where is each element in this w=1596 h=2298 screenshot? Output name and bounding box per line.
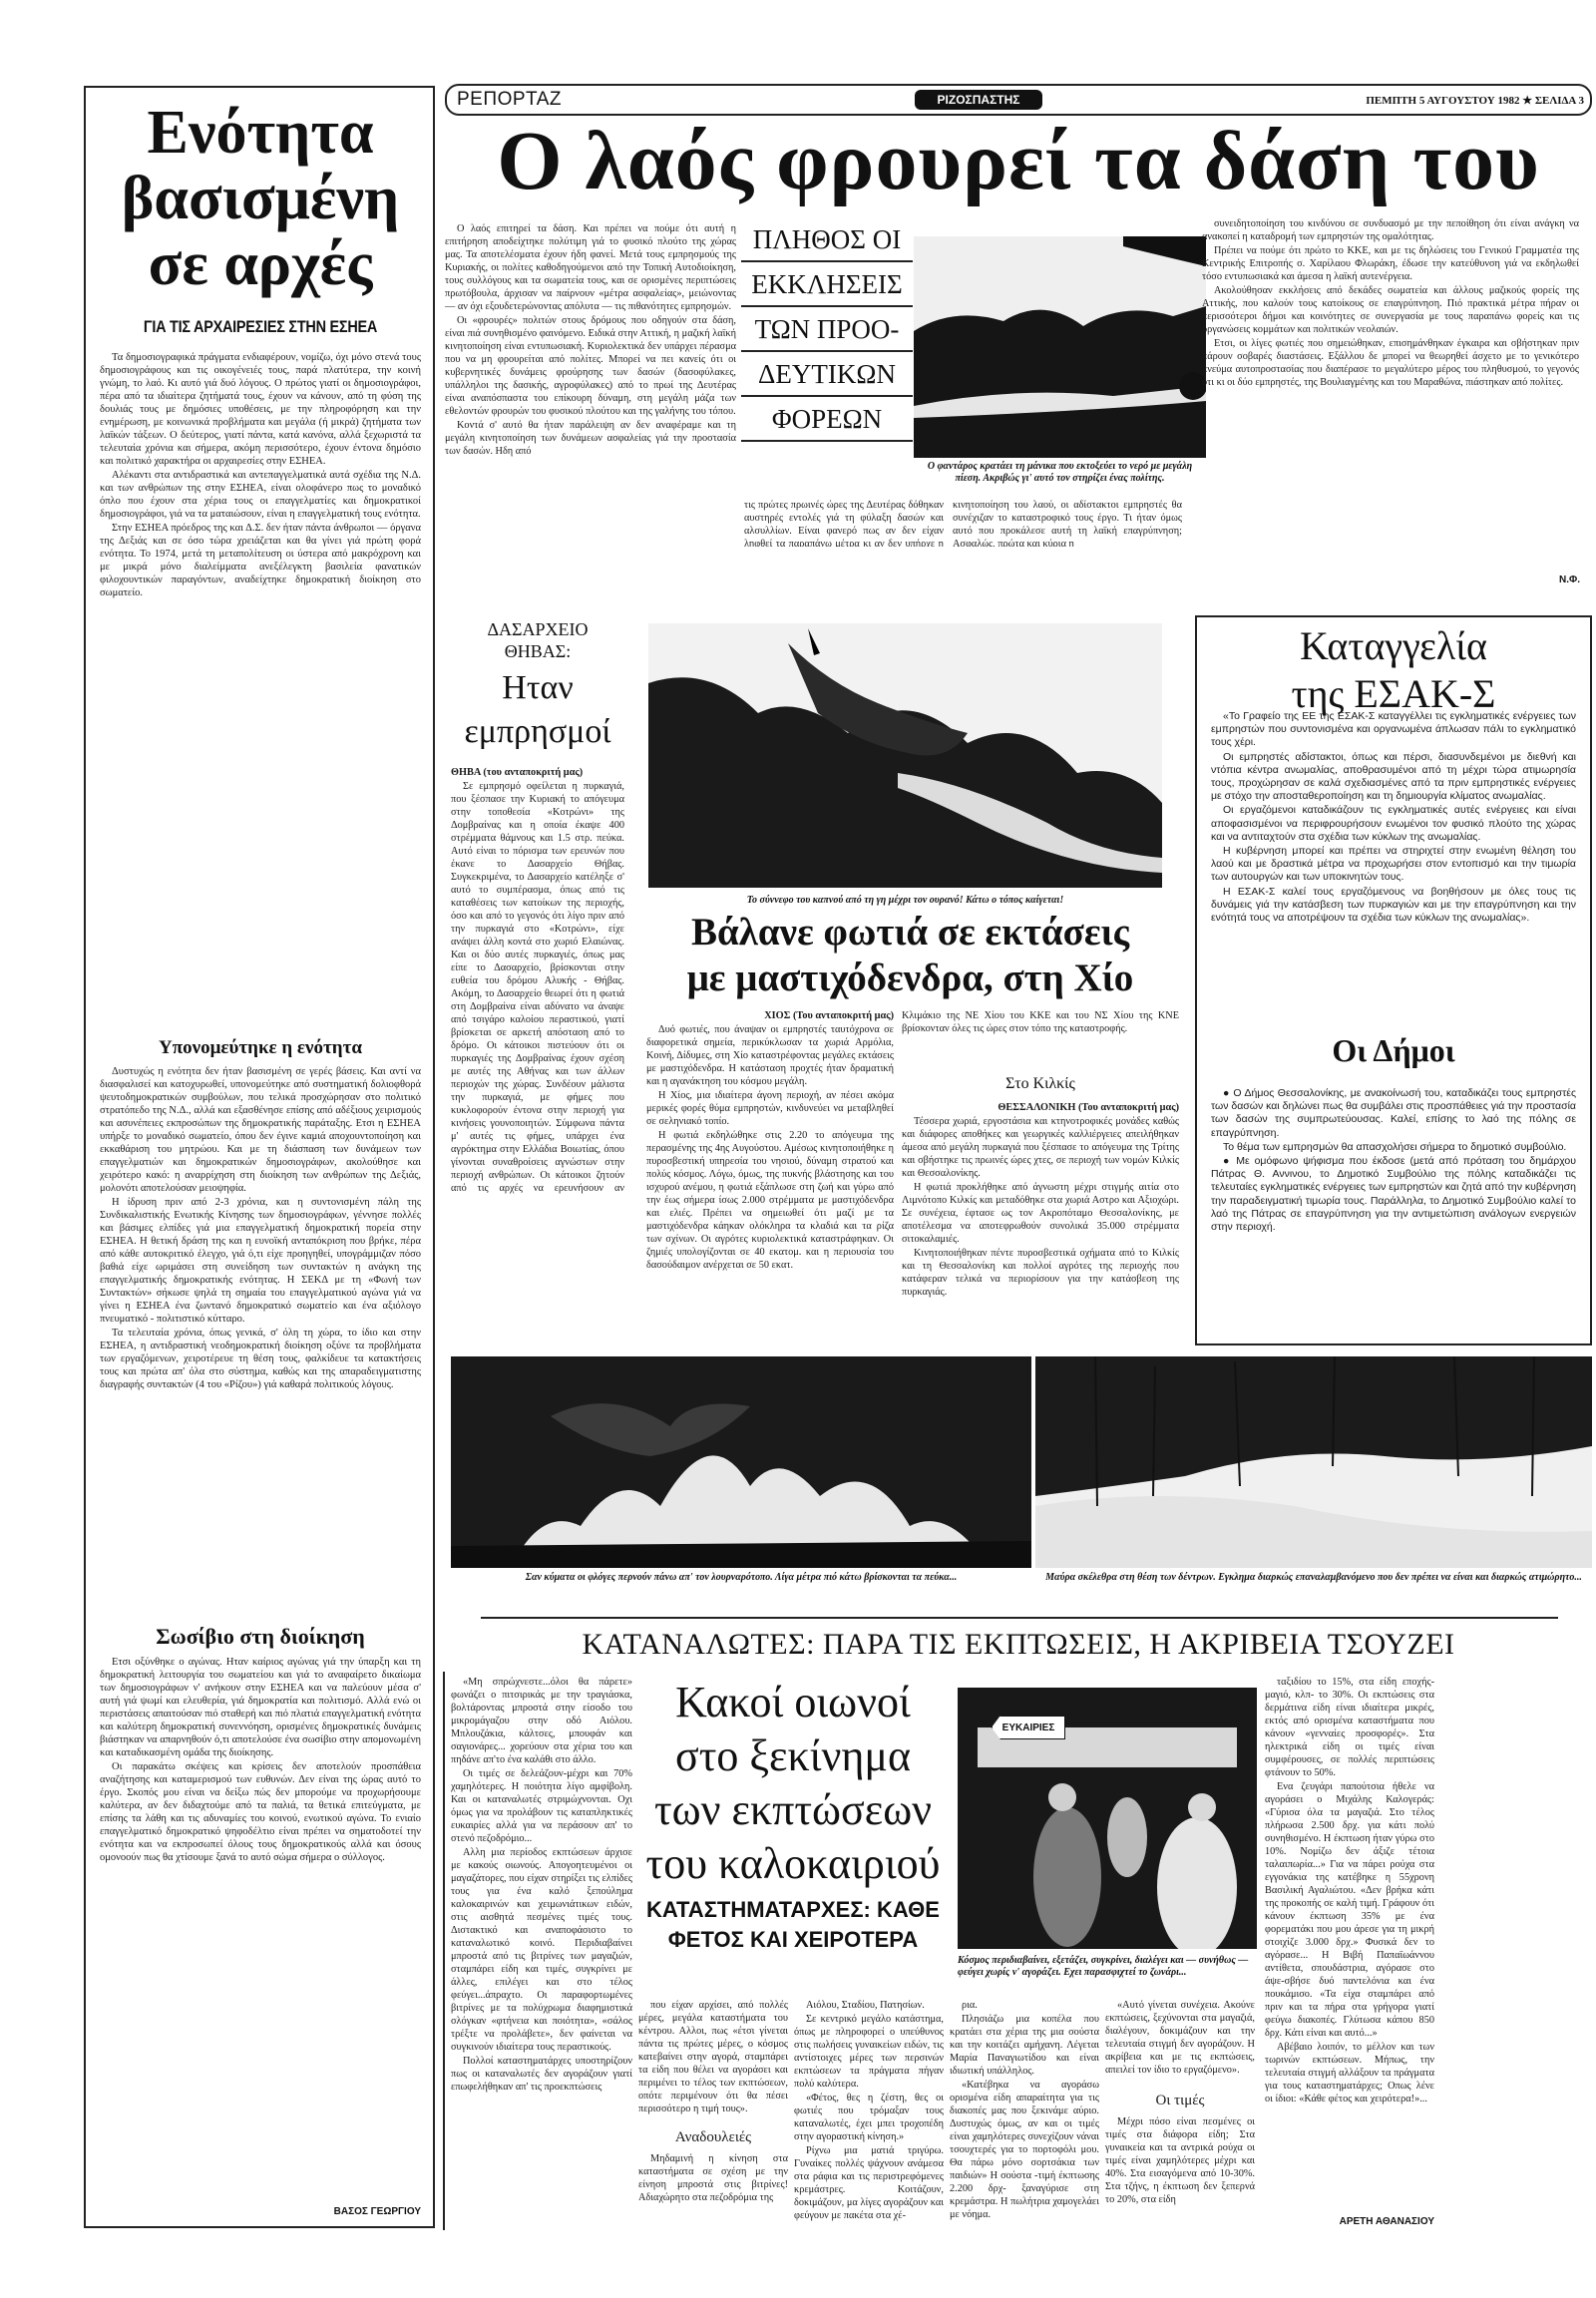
- consumer-signature: ΑΡΕΤΗ ΑΘΑΝΑΣΙΟΥ: [1265, 2216, 1434, 2227]
- masthead-dateline: ΠΕΜΠΤΗ 5 ΑΥΓΟΥΣΤΟΥ 1982 ★ ΣΕΛΙΔΑ 3: [1237, 94, 1584, 107]
- demoi-body: ● Ο Δήμος Θεσσαλονίκης, με ανακοίνωσή το…: [1211, 1087, 1576, 1337]
- left-article-subtitle: ΓΙΑ ΤΙΣ ΑΡΧΑΙΡΕΣΙΕΣ ΣΤΗΝ ΕΣΗΕΑ: [112, 317, 409, 337]
- chios-body: ΧΙΟΣ (Του ανταποκριτή μας) Δυό φωτιές, π…: [646, 1009, 894, 1339]
- consumer-col1: «Μη σπρώχνεστε...όλοι θα πάρετε» φωνάζει…: [451, 1676, 632, 2234]
- subhead-anadouleies: Αναδουλειές: [638, 2131, 788, 2144]
- main-headline: Ο λαός φρουρεί τα δάση του: [445, 112, 1592, 211]
- photo-soldier-caption: Ο φαντάρος κρατάει τη μάνικα που εκτοξεύ…: [914, 461, 1206, 485]
- photo-soldier-hose-image: [914, 236, 1206, 458]
- consumer-subtitle: ΚΑΤΑΣΤΗΜΑΤΑΡΧΕΣ: ΚΑΘΕ ΦΕΤΟΣ ΚΑΙ ΧΕΙΡΟΤΕΡ…: [638, 1895, 948, 1955]
- masthead-section: ΡΕΠΟΡΤΑΖ: [457, 89, 562, 111]
- esak-title: Καταγγελία της ΕΣΑΚ-Σ: [1197, 622, 1590, 718]
- left-section-3-title: Σωσίβιο στη διοίκηση: [86, 1624, 435, 1650]
- photo-burnt-trees-caption: Μαύρα σκέλεθρα στη θέση των δέντρων. Εγκ…: [1035, 1572, 1592, 1584]
- photo-smoke-cloud-image: [648, 623, 1162, 888]
- left-article-signature: ΒΑΣΟΣ ΓΕΩΡΓΙΟΥ: [100, 2206, 421, 2217]
- left-section-2-title: Υπονομεύτηκε η ενότητα: [86, 1037, 435, 1059]
- photo-smoke-caption: Το σύννεφο του καπνού από τη γη μέχρι το…: [648, 895, 1162, 907]
- consumer-col2: που είχαν αρχίσει, από πολλές μέρες, μεγ…: [638, 1999, 788, 2234]
- left-article-body-2: Δυστυχώς η ενότητα δεν ήταν βασισμένη σε…: [100, 1065, 421, 1624]
- kilkis-title: Στο Κιλκίς: [902, 1075, 1179, 1093]
- chios-headline: Βάλανε φωτιά σε εκτάσεις με μαστιχόδενδρ…: [638, 910, 1182, 1001]
- esak-body: «Το Γραφείο της ΕΕ της ΕΣΑΚ-Σ καταγγέλλε…: [1211, 710, 1576, 979]
- forest-article-col1: Ο λαός επιτηρεί τα δάση. Και πρέπει να π…: [445, 222, 736, 537]
- subhead-oi-times: Οι τιμές: [1105, 2095, 1255, 2107]
- photo-burnt-trees-image: [1035, 1356, 1592, 1568]
- consumer-title: Κακοί οιωνοί στο ξεκίνημα των εκπτώσεων …: [638, 1676, 948, 1891]
- photo-smoke-cloud: [648, 623, 1162, 888]
- photo-flames-image: [451, 1356, 1031, 1568]
- left-article-body-3: Ετσι οξύνθηκε ο αγώνας. Ηταν καίριος αγώ…: [100, 1656, 421, 2194]
- consumer-col3: Αιόλου, Σταδίου, Πατησίων. Σε κεντρικό μ…: [794, 1999, 944, 2234]
- left-article-body-1: Τα δημοσιογραφικά πράγματα ενδιαφέρουν, …: [100, 351, 421, 1039]
- store-sign: ΕΥΚΑΙΡΙΕΣ: [992, 1716, 1065, 1739]
- left-article-title: Ενότητα βασισμένη σε αρχές: [86, 100, 435, 297]
- side-headline: ΠΛΗΘΟΣ ΟΙ ΕΚΚΛΗΣΕΙΣ ΤΩΝ ΠΡΟΟ- ΔΕΥΤΙΚΩΝ Φ…: [741, 225, 913, 442]
- photo-burnt-trees: [1035, 1356, 1592, 1568]
- consumer-col6: ταξιδίου το 15%, στα είδη εποχής-μαγιό, …: [1265, 1676, 1434, 2214]
- chios-col2-top: Κλιμάκιο της ΝΕ Χίου του ΚΚΕ και του ΝΣ …: [902, 1009, 1179, 1053]
- section-divider: [481, 1617, 1558, 1619]
- photo-flames-caption: Σαν κύματα οι φλόγες περνούν πάνω απ' το…: [451, 1572, 1031, 1584]
- masthead-paper-logo: ΡΙΖΟΣΠΑΣΤΗΣ: [915, 90, 1042, 110]
- forest-article-col4: συνειδητοποίηση του κινδύνου σε συνδυασμ…: [1202, 217, 1579, 569]
- thiva-title: Ηταν εμπρησμοί: [445, 666, 630, 754]
- thiva-body: ΘΗΒΑ (του ανταποκριτή μας) Σε εμπρησμό ο…: [451, 766, 624, 1195]
- consumer-banner: ΚΑΤΑΝΑΛΩΤΕΣ: ΠΑΡΑ ΤΙΣ ΕΚΠΤΩΣΕΙΣ, Η ΑΚΡΙΒ…: [445, 1628, 1592, 1662]
- forest-article-col3-below: κινητοποίηση του λαού, οι αδίστακτοι εμπ…: [953, 499, 1182, 547]
- photo-store-caption: Κόσμος περιδιαβαίνει, εξετάζει, συγκρίνε…: [958, 1955, 1257, 1979]
- consumer-left-rule: [443, 1672, 445, 2230]
- forest-article-col2-below: τις πρώτες πρωινές ώρες της Δευτέρας δόθ…: [744, 499, 944, 547]
- consumer-col4: ρια. Πλησιάζω μια κοπέλα που κρατάει στα…: [950, 1999, 1099, 2234]
- demoi-title: Οι Δήμοι: [1197, 1032, 1590, 1069]
- thiva-kicker: ΔΑΣΑΡΧΕΙΟ ΘΗΒΑΣ:: [445, 618, 630, 662]
- consumer-col5: «Αυτό γίνεται συνέχεια. Ακούνε εκπτώσεις…: [1105, 1999, 1255, 2234]
- forest-article-initials: Ν.Φ.: [1496, 574, 1580, 585]
- kilkis-body: ΘΕΣΣΑΛΟΝΙΚΗ (Του ανταποκριτή μας) Τέσσερ…: [902, 1101, 1179, 1337]
- photo-soldier-hose: [914, 236, 1206, 458]
- photo-flames: [451, 1356, 1031, 1568]
